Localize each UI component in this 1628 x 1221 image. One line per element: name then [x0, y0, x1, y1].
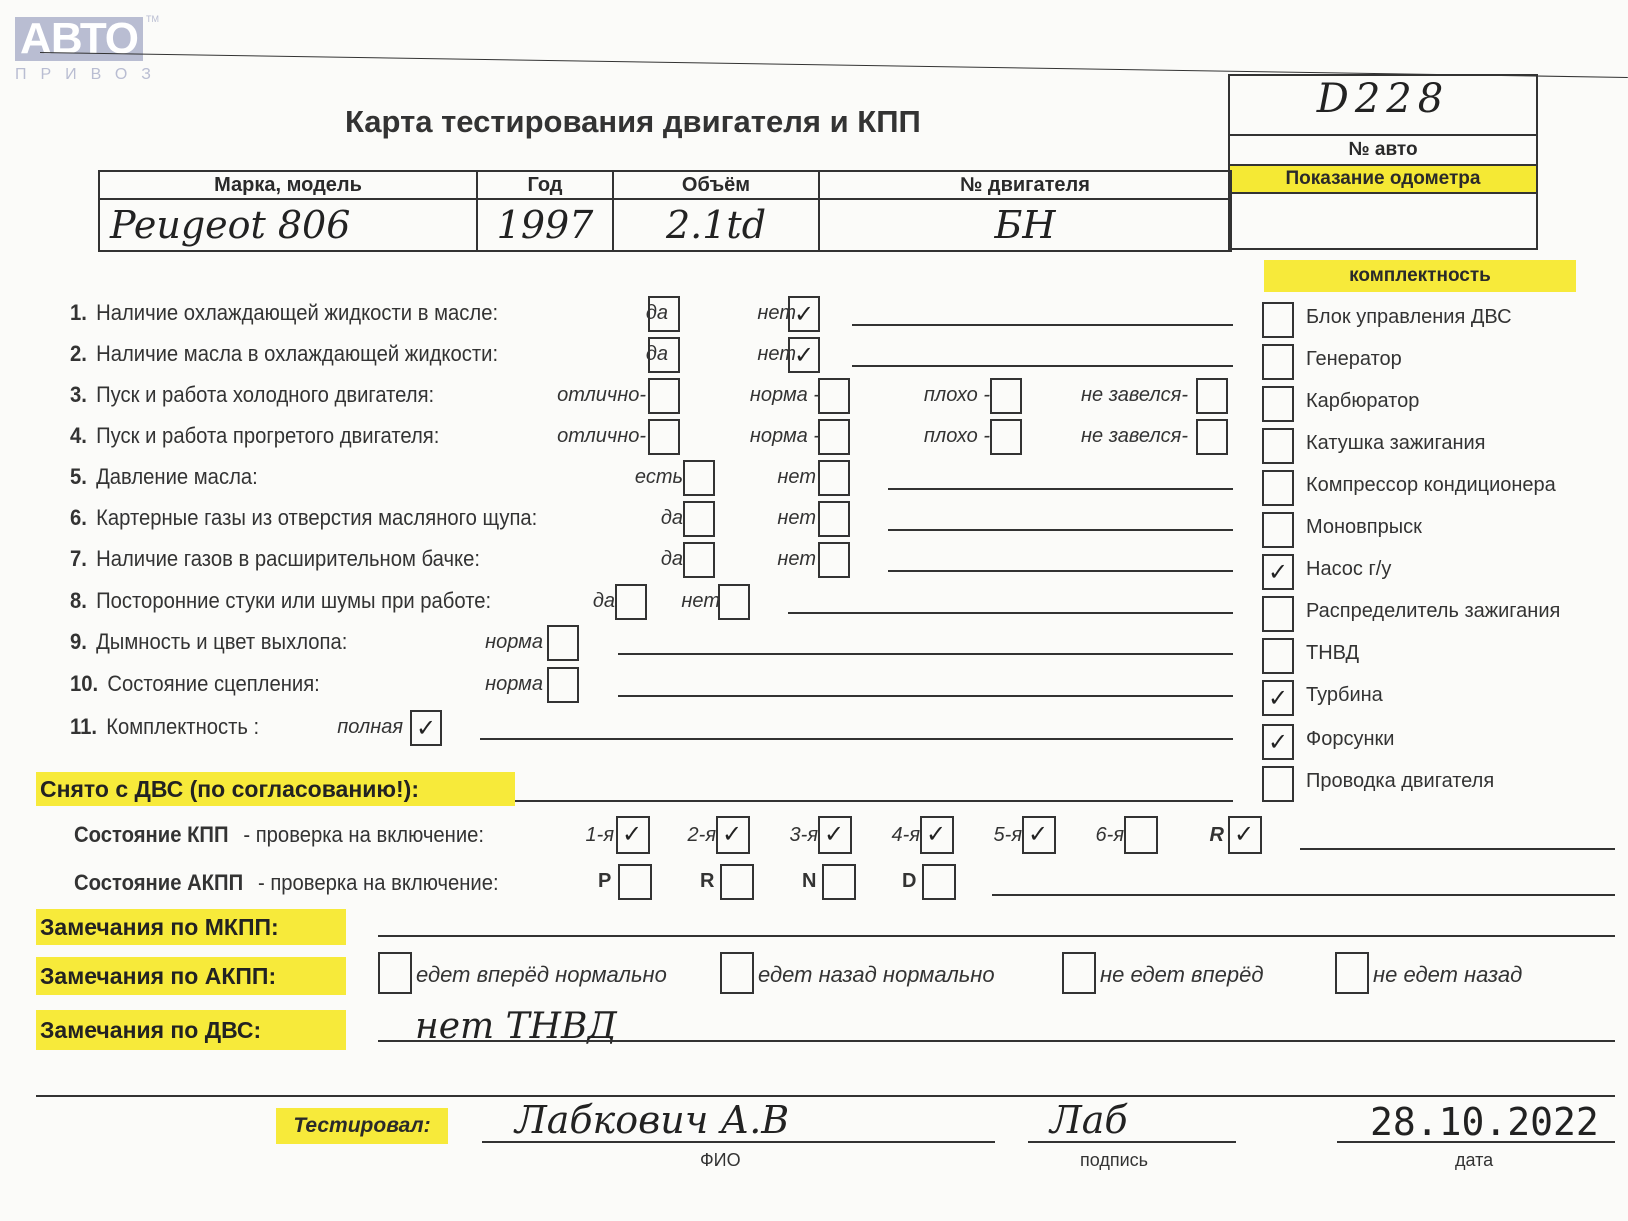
gear-checkbox[interactable] [1022, 816, 1056, 854]
name-caption: ФИО [700, 1150, 741, 1171]
question-text: Состояние сцепления: [107, 671, 319, 696]
auto-mode-checkbox[interactable] [822, 864, 856, 900]
completeness-checkbox[interactable] [1262, 724, 1294, 760]
question-label: 1.Наличие охлаждающей жидкости в масле: [70, 300, 498, 326]
completeness-checkbox[interactable] [1262, 470, 1294, 506]
header-make-model: Марка, модель [99, 171, 477, 199]
question-text: Наличие газов в расширительном бачке: [96, 546, 480, 571]
question-text: Давление масла: [96, 464, 258, 489]
gear-checkbox[interactable] [1228, 816, 1262, 854]
date-line [1337, 1141, 1615, 1143]
auto-number-label: № авто [1230, 136, 1536, 166]
question-text: Наличие охлаждающей жидкости в масле: [96, 300, 498, 325]
checkbox[interactable] [718, 584, 750, 620]
auto-remark-label: не едет вперёд [1100, 962, 1264, 988]
answer-line[interactable] [852, 365, 1233, 367]
checkbox[interactable] [990, 419, 1022, 455]
auto-mode-checkbox[interactable] [922, 864, 956, 900]
answer-line[interactable] [788, 612, 1233, 614]
auto-mode-label: D [902, 870, 916, 893]
volume-value[interactable]: 2.1td [613, 199, 819, 251]
question-label: 10.Состояние сцепления: [70, 671, 320, 697]
auto-gearbox-desc: - проверка на включение: [252, 870, 498, 895]
checkbox[interactable] [818, 542, 850, 578]
option-label: да [661, 507, 683, 530]
completeness-item-label: ТНВД [1306, 642, 1359, 665]
engine-remarks-line-2 [36, 1095, 1615, 1097]
auto-remark-checkbox[interactable] [378, 952, 412, 994]
manual-gearbox-label: Состояние КПП - проверка на включение: [74, 822, 484, 848]
auto-number-box: D228 № авто Показание одометра [1228, 74, 1538, 250]
checkbox[interactable] [818, 460, 850, 496]
auto-gearbox-label: Состояние АКПП - проверка на включение: [74, 870, 499, 896]
question-label: 4.Пуск и работа прогретого двигателя: [70, 423, 439, 449]
checkbox[interactable] [788, 337, 820, 373]
manual-remarks-line[interactable] [378, 935, 1615, 937]
gear-label: 1-я [586, 824, 614, 847]
checkbox[interactable] [788, 296, 820, 332]
auto-remark-label: не едет назад [1373, 962, 1522, 988]
checkbox[interactable] [648, 296, 680, 332]
question-label: 8.Посторонние стуки или шумы при работе: [70, 588, 491, 614]
completeness-header: комплектность [1264, 260, 1576, 292]
checkbox[interactable] [648, 419, 680, 455]
completeness-checkbox[interactable] [1262, 302, 1294, 338]
engine-remarks-label: Замечания по ДВС: [36, 1010, 346, 1050]
tester-name-value[interactable]: Лабкович А.В [515, 1098, 789, 1142]
completeness-checkbox[interactable] [1262, 596, 1294, 632]
option-label: да [661, 548, 683, 571]
auto-remark-label: едет назад нормально [758, 962, 995, 988]
question-number: 1. [70, 300, 87, 325]
header-year: Год [477, 171, 613, 199]
auto-remark-checkbox[interactable] [1335, 952, 1369, 994]
logo-subtitle: ПРИВОЗ [15, 66, 165, 84]
completeness-checkbox[interactable] [1262, 680, 1294, 716]
signature-value[interactable]: Лаб [1050, 1098, 1128, 1142]
option-label: не завелся- [1081, 384, 1188, 407]
checkbox[interactable] [683, 501, 715, 537]
option-label: плохо - [924, 384, 990, 407]
checkbox[interactable] [648, 378, 680, 414]
completeness-item-label: Насос г/у [1306, 558, 1391, 581]
answer-line[interactable] [480, 738, 1233, 740]
question-number: 6. [70, 505, 87, 530]
answer-line[interactable] [888, 570, 1233, 572]
checkbox[interactable] [683, 542, 715, 578]
name-line [482, 1141, 995, 1143]
question-label: 7.Наличие газов в расширительном бачке: [70, 546, 480, 572]
completeness-checkbox[interactable] [1262, 554, 1294, 590]
answer-line[interactable] [618, 653, 1233, 655]
manual-gearbox-desc: - проверка на включение: [238, 822, 484, 847]
option-label: нет [777, 548, 816, 571]
vehicle-table: Марка, модель Год Объём № двигателя Peug… [98, 170, 1232, 252]
question-text: Дымность и цвет выхлопа: [96, 629, 347, 654]
question-text: Наличие масла в охлаждающей жидкости: [96, 341, 498, 366]
question-label: 11.Комплектность : [70, 714, 259, 740]
option-label: плохо - [924, 425, 990, 448]
engine-remarks-line [378, 1040, 1615, 1042]
option-label: не завелся- [1081, 425, 1188, 448]
auto-gearbox-line[interactable] [992, 894, 1615, 896]
option-label: нет [681, 590, 720, 613]
completeness-checkbox[interactable] [1262, 638, 1294, 674]
question-text: Пуск и работа прогретого двигателя: [96, 423, 439, 448]
make-model-value[interactable]: Peugeot 806 [99, 199, 477, 251]
completeness-item-label: Проводка двигателя [1306, 770, 1494, 793]
auto-mode-label: P [598, 870, 611, 893]
date-caption: дата [1455, 1150, 1493, 1171]
question-number: 9. [70, 629, 87, 654]
completeness-checkbox[interactable] [1262, 766, 1294, 802]
option-label: отлично- [557, 425, 646, 448]
question-text: Посторонние стуки или шумы при работе: [96, 588, 491, 613]
header-engine-number: № двигателя [819, 171, 1231, 199]
gear-checkbox[interactable] [920, 816, 954, 854]
question-number: 5. [70, 464, 87, 489]
gear-checkbox[interactable] [616, 816, 650, 854]
gear-label: 2-я [688, 824, 716, 847]
question-number: 2. [70, 341, 87, 366]
checkbox[interactable] [818, 378, 850, 414]
tested-by-label: Тестировал: [276, 1108, 448, 1144]
question-number: 3. [70, 382, 87, 407]
gear-label: 5-я [994, 824, 1022, 847]
completeness-item-label: Форсунки [1306, 728, 1394, 751]
completeness-checkbox[interactable] [1262, 344, 1294, 380]
checkbox[interactable] [683, 460, 715, 496]
odometer-label: Показание одометра [1230, 166, 1536, 194]
manual-gearbox-line[interactable] [1300, 848, 1615, 850]
date-value[interactable]: 28.10.2022 [1370, 1100, 1599, 1144]
answer-line[interactable] [618, 695, 1233, 697]
completeness-item-label: Распределитель зажигания [1306, 600, 1560, 623]
completeness-item-label: Генератор [1306, 348, 1402, 371]
question-text: Комплектность : [106, 714, 259, 739]
question-text: Пуск и работа холодного двигателя: [96, 382, 434, 407]
option-label: норма - [750, 425, 820, 448]
gear-label: 6-я [1096, 824, 1124, 847]
auto-mode-label: N [802, 870, 816, 893]
answer-line[interactable] [888, 529, 1233, 531]
completeness-item-label: Карбюратор [1306, 390, 1419, 413]
manual-remarks-label: Замечания по МКПП: [36, 909, 346, 945]
question-label: 5.Давление масла: [70, 464, 258, 490]
completeness-item-label: Катушка зажигания [1306, 432, 1486, 455]
question-label: 3.Пуск и работа холодного двигателя: [70, 382, 434, 408]
auto-gearbox-title: Состояние АКПП [74, 870, 243, 895]
option-label: полная [337, 716, 403, 739]
checkbox[interactable] [615, 584, 647, 620]
completeness-checkbox[interactable] [1262, 428, 1294, 464]
question-number: 7. [70, 546, 87, 571]
completeness-item-label: Компрессор кондиционера [1306, 474, 1556, 497]
option-label: отлично- [557, 384, 646, 407]
completeness-item-label: Блок управления ДВС [1306, 306, 1512, 329]
manual-gearbox-title: Состояние КПП [74, 822, 229, 847]
removed-line[interactable] [515, 800, 1233, 802]
checkbox[interactable] [818, 501, 850, 537]
header-volume: Объём [613, 171, 819, 199]
answer-line[interactable] [852, 324, 1233, 326]
question-text: Картерные газы из отверстия масляного щу… [96, 505, 537, 530]
signature-caption: подпись [1080, 1150, 1148, 1171]
auto-remark-checkbox[interactable] [720, 952, 754, 994]
question-number: 11. [70, 714, 97, 739]
engine-number-value[interactable]: БН [819, 199, 1231, 251]
gear-label: 4-я [892, 824, 920, 847]
logo: АВТО [15, 17, 143, 61]
option-label: норма [485, 631, 543, 654]
gear-label: R [1210, 824, 1224, 847]
checkbox[interactable] [547, 667, 579, 703]
completeness-checkbox[interactable] [1262, 512, 1294, 548]
year-value[interactable]: 1997 [477, 199, 613, 251]
question-number: 4. [70, 423, 87, 448]
question-label: 2.Наличие масла в охлаждающей жидкости: [70, 341, 498, 367]
auto-remark-label: едет вперёд нормально [416, 962, 667, 988]
checkbox[interactable] [410, 710, 442, 746]
gear-checkbox[interactable] [1124, 816, 1158, 854]
checkbox[interactable] [648, 337, 680, 373]
option-label: да [593, 590, 615, 613]
auto-mode-checkbox[interactable] [618, 864, 652, 900]
signature-line [1028, 1141, 1236, 1143]
answer-line[interactable] [888, 488, 1233, 490]
option-label: есть [635, 466, 683, 489]
question-number: 8. [70, 588, 87, 613]
gear-checkbox[interactable] [716, 816, 750, 854]
checkbox[interactable] [818, 419, 850, 455]
question-label: 9.Дымность и цвет выхлопа: [70, 629, 347, 655]
page-title: Карта тестирования двигателя и КПП [345, 104, 921, 140]
auto-number-value[interactable]: D228 [1230, 76, 1536, 136]
question-number: 10. [70, 671, 98, 696]
logo-trademark: TM [146, 14, 159, 24]
auto-mode-checkbox[interactable] [720, 864, 754, 900]
gear-checkbox[interactable] [818, 816, 852, 854]
option-label: норма [485, 673, 543, 696]
option-label: нет [777, 466, 816, 489]
checkbox[interactable] [1196, 378, 1228, 414]
auto-remark-checkbox[interactable] [1062, 952, 1096, 994]
auto-mode-label: R [700, 870, 714, 893]
question-label: 6.Картерные газы из отверстия масляного … [70, 505, 537, 531]
auto-remarks-label: Замечания по АКПП: [36, 957, 346, 995]
checkbox[interactable] [1196, 419, 1228, 455]
completeness-checkbox[interactable] [1262, 386, 1294, 422]
checkbox[interactable] [990, 378, 1022, 414]
removed-label: Снято с ДВС (по согласованию!): [36, 772, 515, 806]
completeness-item-label: Турбина [1306, 684, 1383, 707]
odometer-value[interactable] [1230, 194, 1536, 250]
option-label: норма - [750, 384, 820, 407]
checkbox[interactable] [547, 625, 579, 661]
option-label: нет [777, 507, 816, 530]
completeness-item-label: Моновпрыск [1306, 516, 1422, 539]
gear-label: 3-я [790, 824, 818, 847]
